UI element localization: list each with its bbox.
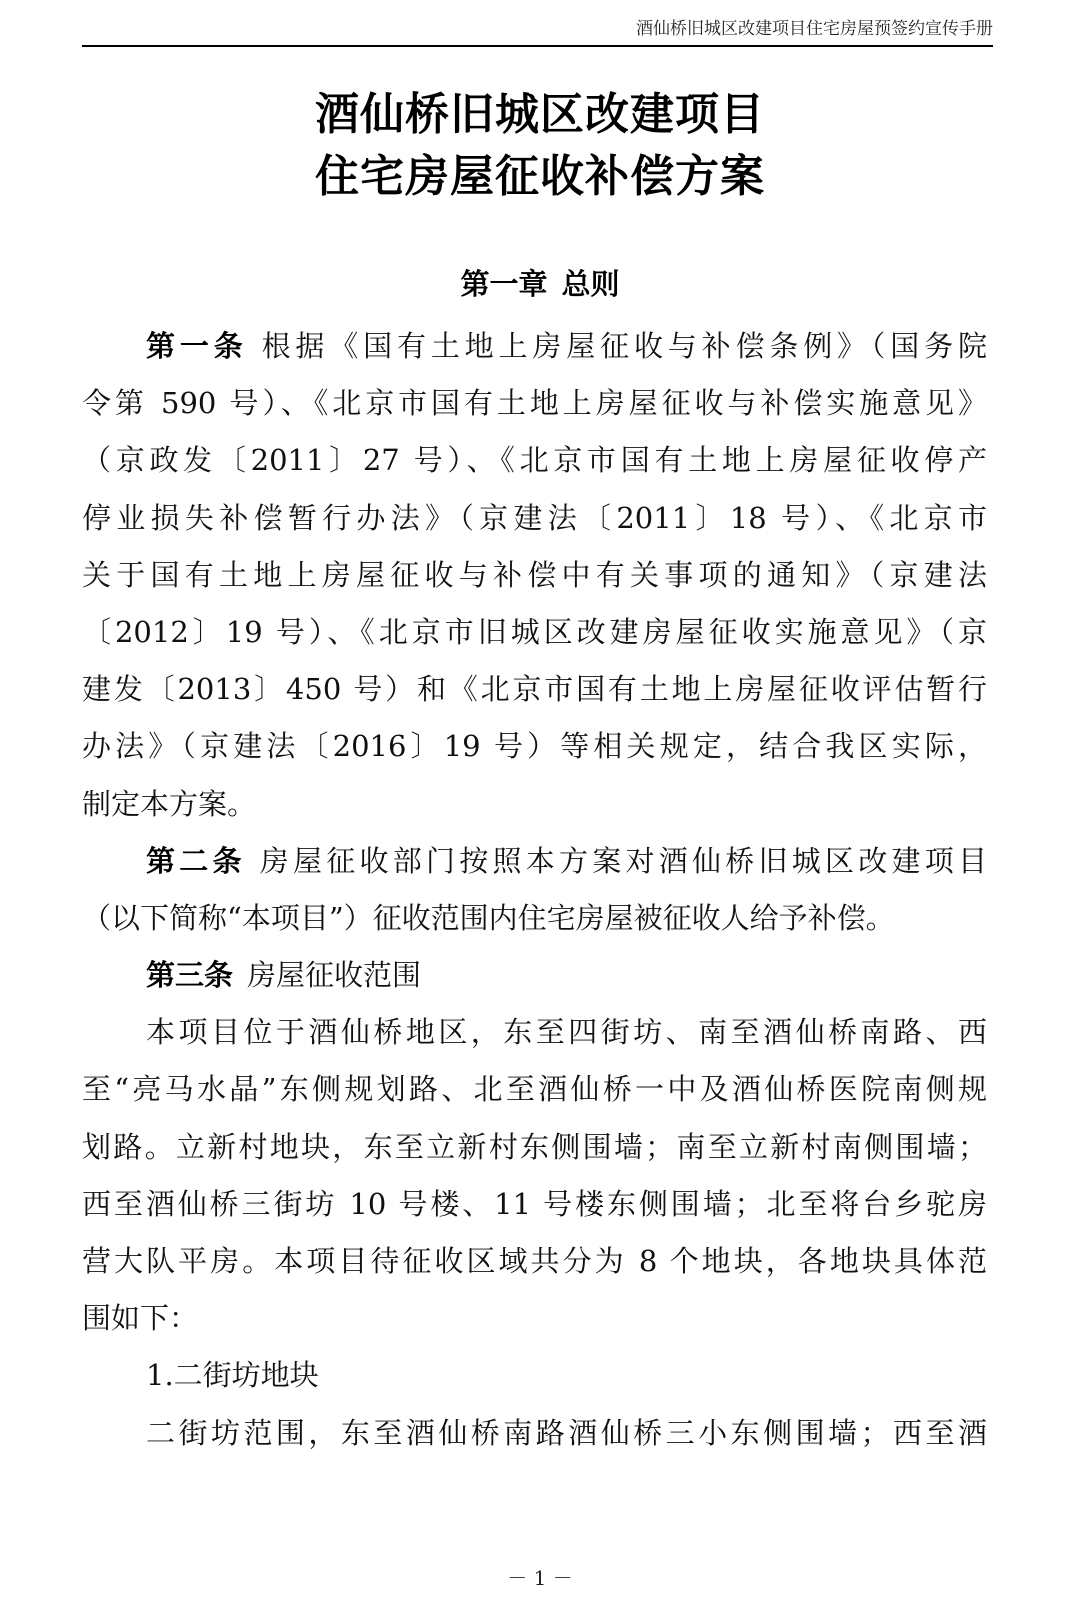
paragraph-line: 关于国有土地上房屋征收与补偿中有关事项的通知》（京建法 xyxy=(82,547,987,604)
document-body: 第一条根据《国有土地上房屋征收与补偿条例》（国务院 令第 590 号）、《北京市… xyxy=(82,318,987,1462)
chapter-heading: 第一章总则 xyxy=(0,262,1080,306)
paragraph-line: 制定本方案。 xyxy=(82,776,987,833)
chapter-name: 总则 xyxy=(562,267,620,301)
paragraph-line: 二街坊范围，东至酒仙桥南路酒仙桥三小东侧围墙；西至酒 xyxy=(82,1405,987,1462)
article-heading: 房屋征收范围 xyxy=(247,958,421,992)
paragraph-line: 令第 590 号）、《北京市国有土地上房屋征收与补偿实施意见》 xyxy=(82,375,987,432)
paragraph-line: 西至酒仙桥三街坊 10 号楼、11 号楼东侧围墙；北至将台乡驼房 xyxy=(82,1176,987,1233)
paragraph-line: 营大队平房。本项目待征收区域共分为 8 个地块，各地块具体范 xyxy=(82,1233,987,1290)
paragraph-line: 至“亮马水晶”东侧规划路、北至酒仙桥一中及酒仙桥医院南侧规 xyxy=(82,1061,987,1118)
paragraph-line: 停业损失补偿暂行办法》（京建法〔2011〕18 号）、《北京市 xyxy=(82,490,987,547)
running-header: 酒仙桥旧城区改建项目住宅房屋预签约宣传手册 xyxy=(82,18,993,40)
article-3-heading: 第三条房屋征收范围 xyxy=(82,947,987,1004)
article-2-line-1: 第二条房屋征收部门按照本方案对酒仙桥旧城区改建项目 xyxy=(82,833,987,890)
title-line-1: 酒仙桥旧城区改建项目 xyxy=(0,84,1080,146)
paragraph-line: 〔2012〕19 号）、《北京市旧城区改建房屋征收实施意见》（京 xyxy=(82,604,987,661)
page-number: － 1 － xyxy=(0,1562,1080,1591)
paragraph-line: （京政发〔2011〕27 号）、《北京市国有土地上房屋征收停产 xyxy=(82,432,987,489)
document-title: 酒仙桥旧城区改建项目 住宅房屋征收补偿方案 xyxy=(0,84,1080,208)
header-divider xyxy=(82,45,993,47)
chapter-number: 第一章 xyxy=(460,267,547,301)
title-line-2: 住宅房屋征收补偿方案 xyxy=(0,146,1080,208)
paragraph-line: 建发〔2013〕450 号）和《北京市国有土地上房屋征收评估暂行 xyxy=(82,661,987,718)
paragraph-line: 办法》（京建法〔2016〕19 号）等相关规定，结合我区实际， xyxy=(82,718,987,775)
paragraph-line: 本项目位于酒仙桥地区，东至四街坊、南至酒仙桥南路、西 xyxy=(82,1004,987,1061)
article-label: 第二条 xyxy=(146,844,246,878)
article-1-line-1: 第一条根据《国有土地上房屋征收与补偿条例》（国务院 xyxy=(82,318,987,375)
paragraph-line: 围如下： xyxy=(82,1290,987,1347)
paragraph-line: （以下简称“本项目”）征收范围内住宅房屋被征收人给予补偿。 xyxy=(82,890,987,947)
subsection-title: 1.二街坊地块 xyxy=(82,1347,987,1404)
article-label: 第三条 xyxy=(146,958,233,992)
paragraph-line: 划路。立新村地块，东至立新村东侧围墙；南至立新村南侧围墙； xyxy=(82,1119,987,1176)
article-label: 第一条 xyxy=(146,329,248,363)
